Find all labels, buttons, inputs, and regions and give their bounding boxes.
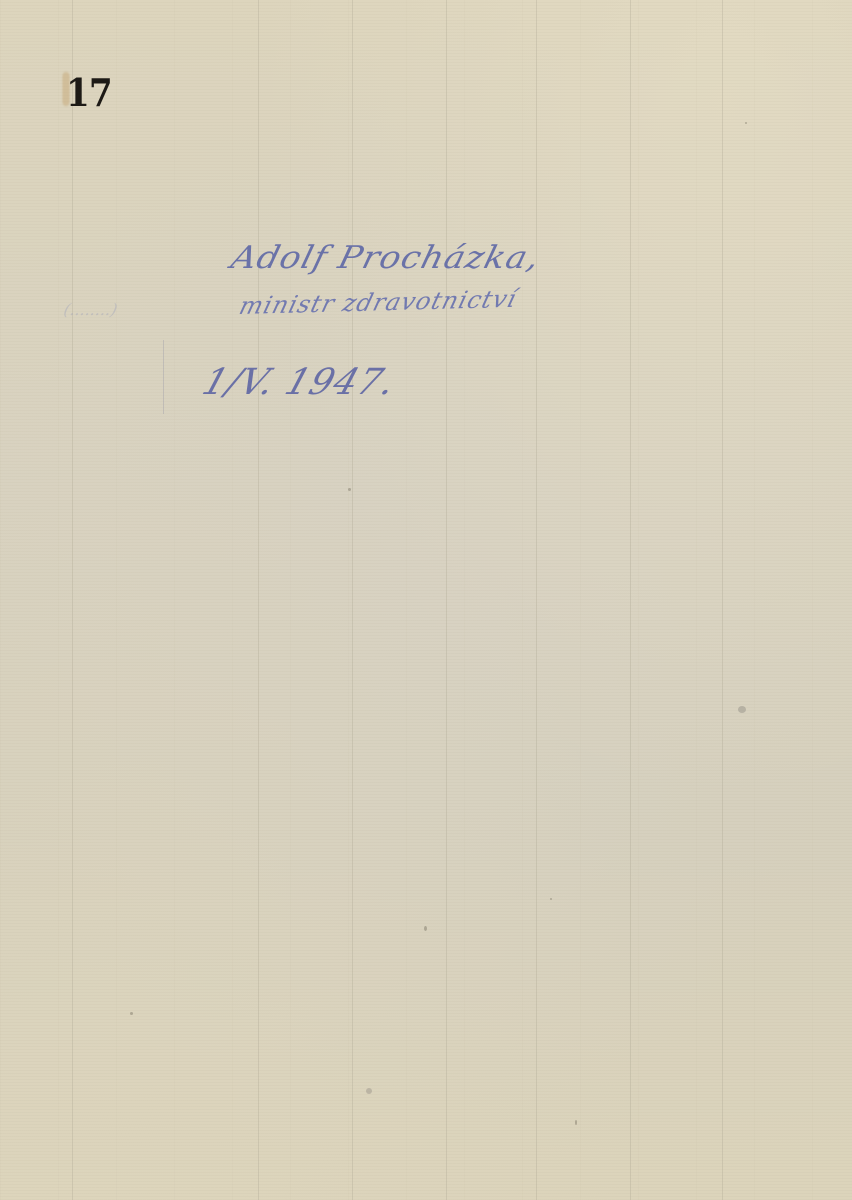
paper-speck	[424, 926, 427, 931]
handwritten-name: Adolf Procházka,	[227, 240, 544, 277]
paper-speck	[738, 706, 746, 713]
ruled-line	[630, 0, 631, 1200]
folio-number-text: 17	[66, 70, 112, 115]
paper-speck	[366, 1088, 372, 1094]
show-through-mark	[163, 340, 164, 414]
show-through-text: (........)	[62, 300, 119, 319]
ruled-line	[352, 0, 353, 1200]
folio-number: 17	[66, 70, 112, 115]
paper-texture	[0, 0, 852, 1200]
paper-speck	[550, 898, 552, 900]
document-page: 17 (........) Adolf Procházka, ministr z…	[0, 0, 852, 1200]
handwritten-date: 1/V. 1947.	[197, 362, 401, 403]
paper-speck	[348, 488, 351, 491]
paper-speck	[745, 122, 747, 124]
ruled-line	[258, 0, 259, 1200]
stain-mark	[62, 72, 69, 106]
ruled-line	[446, 0, 447, 1200]
ruled-line	[722, 0, 723, 1200]
handwritten-title: ministr zdravotnictví	[236, 285, 520, 320]
paper-speck	[130, 1012, 133, 1015]
ruled-line	[536, 0, 537, 1200]
paper-speck	[575, 1120, 577, 1125]
ruled-line	[72, 0, 73, 1200]
